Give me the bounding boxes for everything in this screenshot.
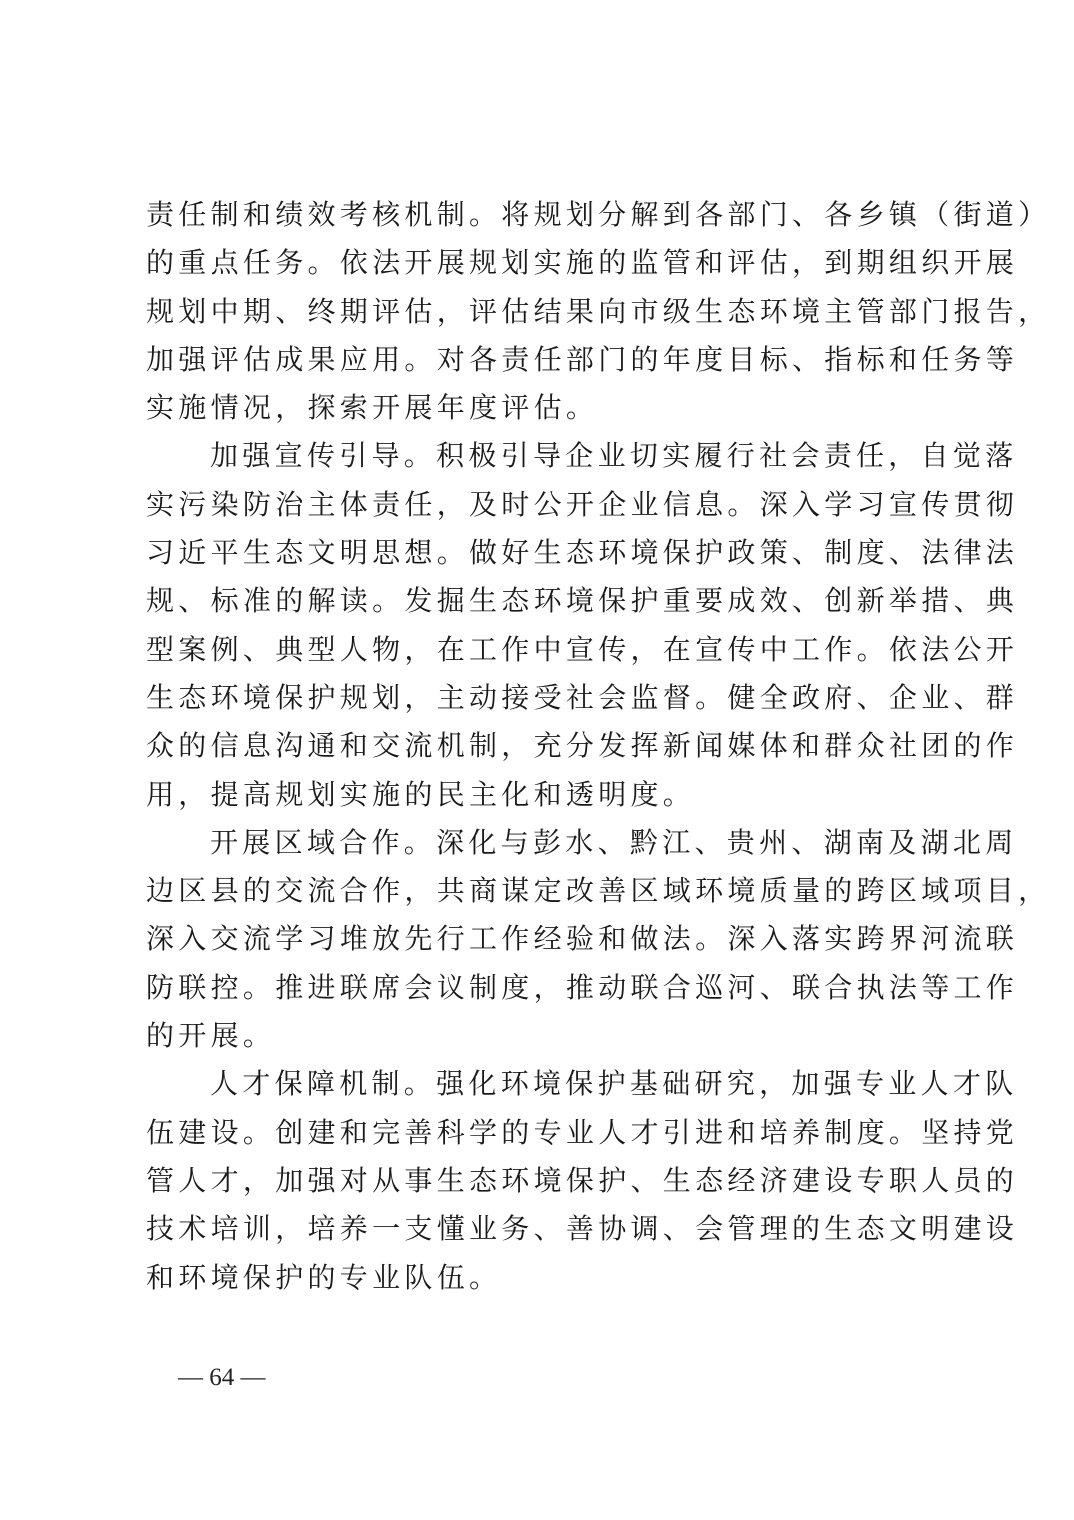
text-line: 技术培训，培养一支懂业务、善协调、会管理的生态文明建设 — [146, 1205, 923, 1253]
text-line: 众的信息沟通和交流机制，充分发挥新闻媒体和群众社团的作 — [146, 722, 923, 770]
text-line: 开展区域合作。深化与彭水、黔江、贵州、湖南及湖北周 — [146, 819, 923, 867]
page-number: — 64 — — [178, 1363, 266, 1393]
text-line: 和环境保护的专业队伍。 — [146, 1254, 923, 1302]
text-line: 责任制和绩效考核机制。将规划分解到各部门、各乡镇（街道） — [146, 191, 923, 239]
paragraph-talent-mechanism: 人才保障机制。强化环境保护基础研究，加强专业人才队 伍建设。创建和完善科学的专业… — [146, 1060, 923, 1301]
text-line: 生态环境保护规划，主动接受社会监督。健全政府、企业、群 — [146, 674, 923, 722]
text-line: 加强评估成果应用。对各责任部门的年度目标、指标和任务等 — [146, 336, 923, 384]
text-line: 管人才，加强对从事生态环境保护、生态经济建设专职人员的 — [146, 1157, 923, 1205]
paragraph-responsibility-assessment: 责任制和绩效考核机制。将规划分解到各部门、各乡镇（街道） 的重点任务。依法开展规… — [146, 191, 923, 432]
text-line: 实污染防治主体责任，及时公开企业信息。深入学习宣传贯彻 — [146, 481, 923, 529]
text-line: 深入交流学习堆放先行工作经验和做法。深入落实跨界河流联 — [146, 915, 923, 963]
text-line: 用，提高规划实施的民主化和透明度。 — [146, 771, 923, 819]
text-line: 加强宣传引导。积极引导企业切实履行社会责任，自觉落 — [146, 432, 923, 480]
paragraph-regional-cooperation: 开展区域合作。深化与彭水、黔江、贵州、湖南及湖北周 边区县的交流合作，共商谋定改… — [146, 819, 923, 1060]
text-line: 实施情况，探索开展年度评估。 — [146, 384, 923, 432]
text-line: 规、标准的解读。发掘生态环境保护重要成效、创新举措、典 — [146, 577, 923, 625]
text-line: 的开展。 — [146, 1012, 923, 1060]
text-line: 边区县的交流合作，共商谋定改善区域环境质量的跨区域项目， — [146, 867, 923, 915]
document-page: 责任制和绩效考核机制。将规划分解到各部门、各乡镇（街道） 的重点任务。依法开展规… — [0, 0, 1074, 1520]
text-line: 伍建设。创建和完善科学的专业人才引进和培养制度。坚持党 — [146, 1109, 923, 1157]
body-text: 责任制和绩效考核机制。将规划分解到各部门、各乡镇（街道） 的重点任务。依法开展规… — [146, 191, 923, 1302]
text-line: 习近平生态文明思想。做好生态环境保护政策、制度、法律法 — [146, 529, 923, 577]
text-line: 规划中期、终期评估，评估结果向市级生态环境主管部门报告， — [146, 288, 923, 336]
paragraph-publicity-guidance: 加强宣传引导。积极引导企业切实履行社会责任，自觉落 实污染防治主体责任，及时公开… — [146, 432, 923, 818]
text-line: 的重点任务。依法开展规划实施的监管和评估，到期组织开展 — [146, 239, 923, 287]
text-line: 型案例、典型人物，在工作中宣传，在宣传中工作。依法公开 — [146, 626, 923, 674]
text-line: 人才保障机制。强化环境保护基础研究，加强专业人才队 — [146, 1060, 923, 1108]
text-line: 防联控。推进联席会议制度，推动联合巡河、联合执法等工作 — [146, 964, 923, 1012]
